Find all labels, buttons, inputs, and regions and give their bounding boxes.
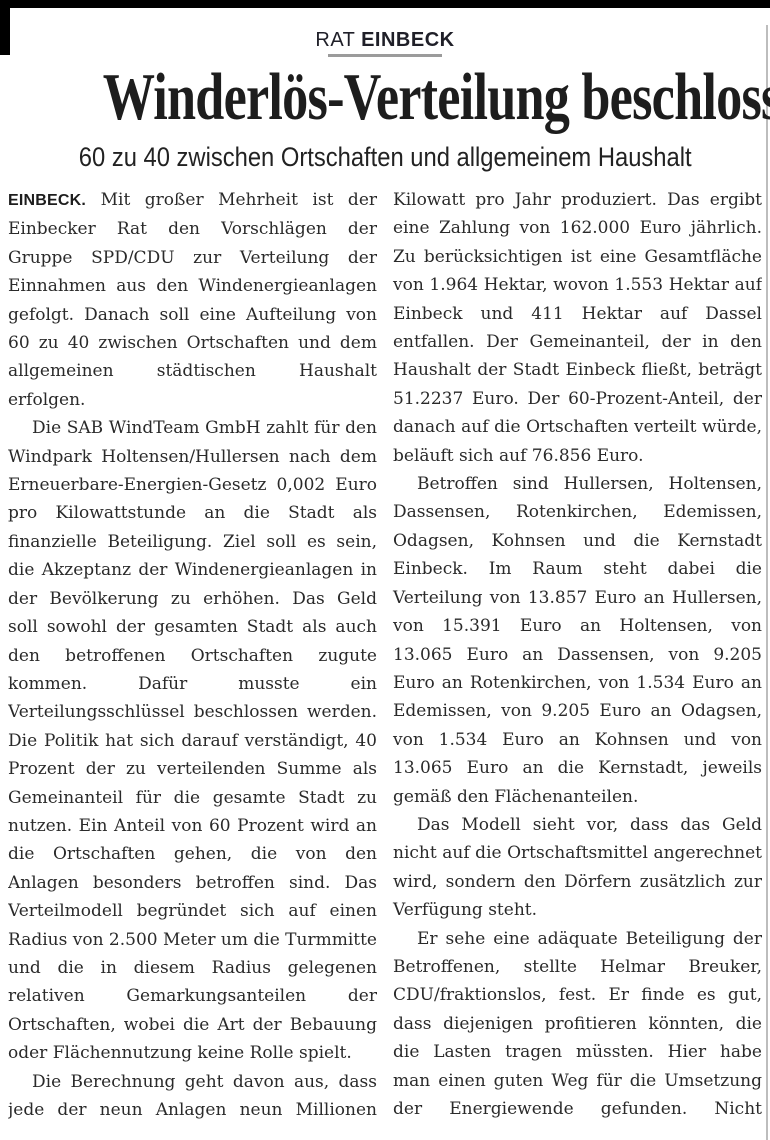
article-body: EINBECK. Mit großer Mehrheit ist der Ein… <box>8 186 762 1140</box>
paragraph-text: Mit großer Mehrheit ist der Einbecker Ra… <box>8 190 377 410</box>
article-subheadline: 60 zu 40 zwischen Ortschaften und allgem… <box>79 142 692 172</box>
kicker-section-label: RAT <box>315 29 355 51</box>
location-lead: EINBECK. <box>8 192 86 209</box>
kicker: RAT EINBECK <box>315 29 454 51</box>
article-paragraph: Die SAB WindTeam GmbH zahlt für den Wind… <box>8 414 377 1067</box>
article-paragraph: Betroffen sind Hullersen, Holtensen, Das… <box>393 470 762 811</box>
kicker-location-label: EINBECK <box>361 29 455 51</box>
article-paragraph: EINBECK. Mit großer Mehrheit ist der Ein… <box>8 186 377 414</box>
article-header: RAT EINBECK Winderlös-Verteilung beschlo… <box>0 0 770 172</box>
kicker-underline-rule <box>328 54 442 57</box>
newspaper-page: RAT EINBECK Winderlös-Verteilung beschlo… <box>0 0 770 1140</box>
article-headline: Winderlös-Verteilung beschlossen <box>103 61 770 133</box>
adjacent-column-divider-rule <box>766 25 768 1140</box>
article-paragraph: Das Modell sieht vor, dass das Geld nich… <box>393 811 762 925</box>
